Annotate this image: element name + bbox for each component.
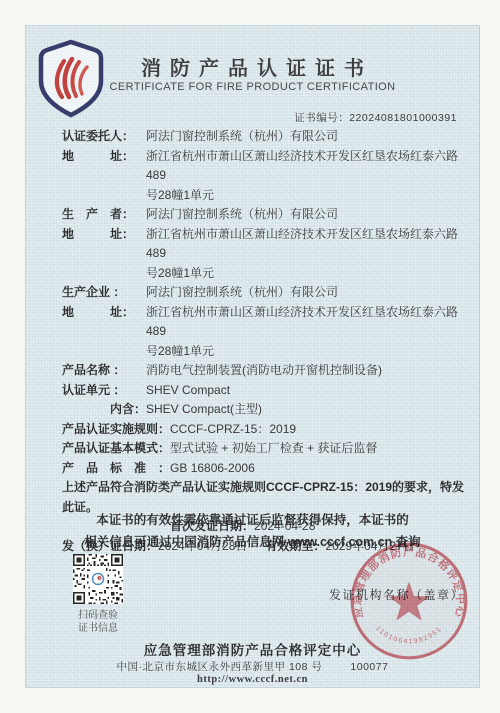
field-row-product-standard: 产 品 标 准 ：GB 16806-2006 (62, 459, 466, 479)
certificate-subtitle-en: CERTIFICATE FOR FIRE PRODUCT CERTIFICATI… (26, 81, 479, 93)
field-label: 产 品 标 准 ： (62, 459, 170, 479)
field-label: 产品认证基本模式： (62, 439, 170, 459)
field-value: 型式试验 + 初始工厂检查 + 获证后监督 (170, 439, 466, 459)
certificate-title: 消防产品认证证书 (26, 52, 479, 81)
field-label: 认证委托人： (62, 127, 146, 147)
field-value: 阿法门窗控制系统（杭州）有限公司 (146, 283, 466, 303)
certificate-number-value: 22024081801000391 (349, 112, 457, 124)
field-value: GB 16806-2006 (170, 459, 466, 479)
field-label: 生 产 者： (62, 205, 146, 225)
field-row-applicant: 认证委托人：阿法门窗控制系统（杭州）有限公司 (62, 127, 466, 147)
field-value: SHEV Compact(主型) (146, 400, 466, 420)
field-label: 认证单元 ： (62, 381, 146, 401)
org-postcode: 100077 (350, 661, 388, 673)
field-row-product-name: 产品名称 ：消防电气控制装置(消防电动开窗机控制设备) (62, 361, 466, 381)
field-row-factory: 生产企业 ：阿法门窗控制系统（杭州）有限公司 (62, 283, 466, 303)
field-value: 消防电气控制装置(消防电动开窗机控制设备) (146, 361, 466, 381)
issuing-org-url: http://www.cccf.net.cn (26, 674, 479, 685)
field-value: SHEV Compact (146, 381, 466, 401)
certificate-number: 证书编号：22024081801000391 (294, 110, 457, 125)
field-row-included-models: 内含：SHEV Compact(主型) (62, 400, 466, 420)
field-row-cert-rule: 产品认证实施规则：CCCF-CPRZ-15：2019 (62, 420, 466, 440)
field-label: 产品名称 ： (62, 361, 146, 381)
qr-caption: 扫码查验 证书信息 (63, 609, 133, 635)
field-value: 阿法门窗控制系统（杭州）有限公司 (146, 205, 466, 225)
certificate-fields: 认证委托人：阿法门窗控制系统（杭州）有限公司 地 址：浙江省杭州市萧山区萧山经济… (62, 127, 466, 556)
qr-caption-line2: 证书信息 (63, 622, 133, 635)
field-row-cert-unit: 认证单元 ：SHEV Compact (62, 381, 466, 401)
field-value: 浙江省杭州市萧山区萧山经济技术开发区红垦农场红泰六路 489 号28幢1单元 (146, 303, 466, 362)
field-label: 产品认证实施规则： (62, 420, 170, 440)
field-row-cert-mode: 产品认证基本模式：型式试验 + 初始工厂检查 + 获证后监督 (62, 439, 466, 459)
qr-code (73, 554, 123, 604)
org-address-text: 中国·北京市东城区永外西革新里甲 108 号 (117, 661, 323, 673)
qr-code-image (73, 554, 123, 604)
field-value: 浙江省杭州市萧山区萧山经济技术开发区红垦农场红泰六路 489 号28幢1单元 (146, 225, 466, 284)
certificate-number-label: 证书编号： (294, 112, 349, 124)
field-value: 浙江省杭州市萧山区萧山经济技术开发区红垦农场红泰六路 489 号28幢1单元 (146, 147, 466, 206)
field-label: 生产企业 ： (62, 283, 146, 303)
field-label: 地 址： (62, 303, 146, 323)
field-label: 内含： (62, 400, 146, 420)
field-label: 地 址： (62, 225, 146, 245)
qr-caption-line1: 扫码查验 (63, 609, 133, 622)
issuing-org-name: 应急管理部消防产品合格评定中心 (26, 639, 479, 659)
certificate-body: 消防产品认证证书 CERTIFICATE FOR FIRE PRODUCT CE… (25, 25, 480, 688)
field-value: 阿法门窗控制系统（杭州）有限公司 (146, 127, 466, 147)
field-row-address: 地 址：浙江省杭州市萧山区萧山经济技术开发区红垦农场红泰六路 489 号28幢1… (62, 225, 466, 284)
field-row-address: 地 址：浙江省杭州市萧山区萧山经济技术开发区红垦农场红泰六路 489 号28幢1… (62, 147, 466, 206)
field-row-producer: 生 产 者：阿法门窗控制系统（杭州）有限公司 (62, 205, 466, 225)
field-value: CCCF-CPRZ-15：2019 (170, 420, 466, 440)
issuing-org-address: 中国·北京市东城区永外西革新里甲 108 号100077 (26, 659, 479, 674)
field-row-address: 地 址：浙江省杭州市萧山区萧山经济技术开发区红垦农场红泰六路 489 号28幢1… (62, 303, 466, 362)
field-label: 地 址： (62, 147, 146, 167)
